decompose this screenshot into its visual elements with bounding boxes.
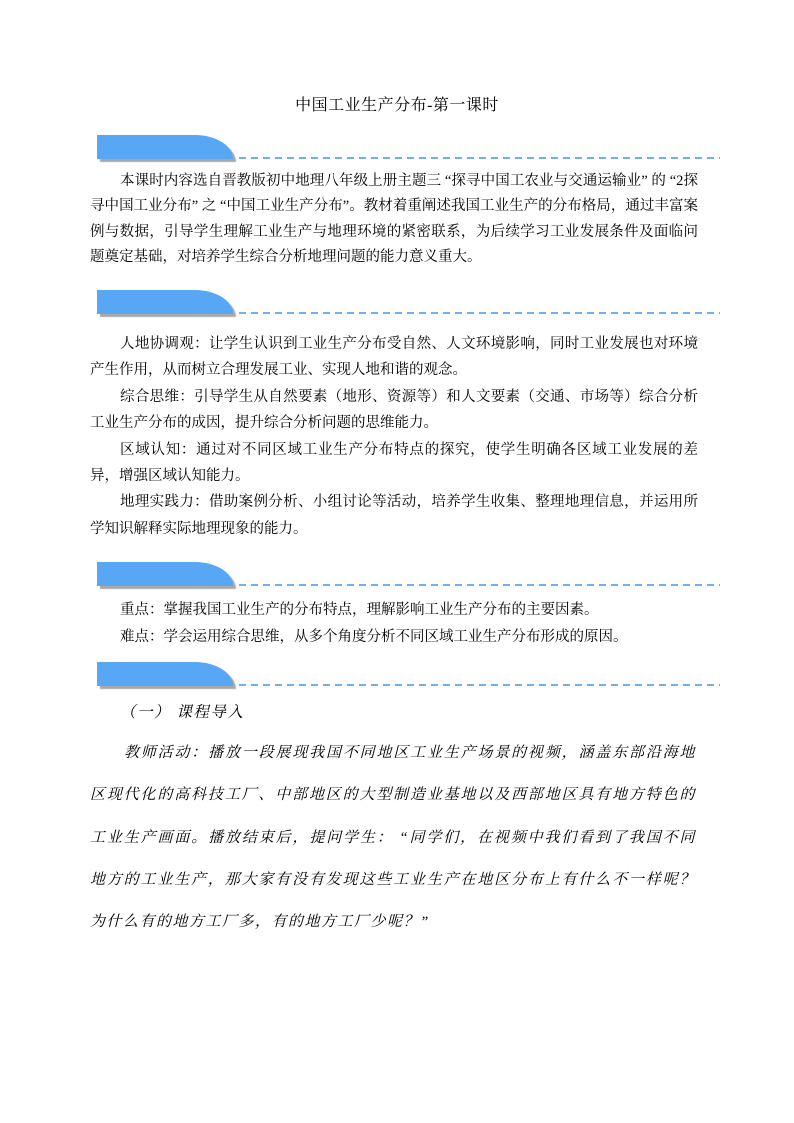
- document-page: 中国工业生产分布-第一课时 本课时内容选自晋教版初中地理八年级上册主题三 “探寻…: [0, 0, 794, 1123]
- paragraph: 重点：掌握我国工业生产的分布特点，理解影响工业生产分布的主要因素。: [90, 597, 698, 624]
- section-banner-teaching-process: [97, 662, 720, 686]
- blue-ribbon-icon: [97, 562, 233, 586]
- key-difficult-points-text: 重点：掌握我国工业生产的分布特点，理解影响工业生产分布的主要因素。 难点：学会运…: [90, 597, 698, 651]
- document-title: 中国工业生产分布-第一课时: [0, 96, 794, 116]
- dashed-divider: [239, 684, 720, 686]
- section-banner-key-points: [97, 562, 720, 586]
- paragraph: 综合思维：引导学生从自然要素（地形、资源等）和人文要素（交通、市场等）综合分析工…: [90, 384, 698, 437]
- lesson-intro-heading: （一） 课程导入: [90, 703, 698, 723]
- textbook-analysis-text: 本课时内容选自晋教版初中地理八年级上册主题三 “探寻中国工农业与交通运输业” 的…: [90, 169, 698, 270]
- paragraph: 难点：学会运用综合思维，从多个角度分析不同区域工业生产分布形成的原因。: [90, 624, 698, 651]
- section-banner-textbook-analysis: [97, 135, 720, 159]
- dashed-divider: [239, 584, 720, 586]
- paragraph: 地理实践力：借助案例分析、小组讨论等活动，培养学生收集、整理地理信息，并运用所学…: [90, 489, 698, 542]
- paragraph: 区域认知：通过对不同区域工业生产分布特点的探究，使学生明确各区域工业发展的差异，…: [90, 437, 698, 490]
- section-banner-core-literacy: [97, 290, 720, 314]
- dashed-divider: [239, 157, 720, 159]
- blue-ribbon-icon: [97, 662, 233, 686]
- dashed-divider: [239, 312, 720, 314]
- blue-ribbon-icon: [97, 290, 233, 314]
- paragraph: 人地协调观：让学生认识到工业生产分布受自然、人文环境影响，同时工业发展也对环境产…: [90, 331, 698, 384]
- paragraph: 本课时内容选自晋教版初中地理八年级上册主题三 “探寻中国工农业与交通运输业” 的…: [90, 169, 698, 270]
- core-literacy-text: 人地协调观：让学生认识到工业生产分布受自然、人文环境影响，同时工业发展也对环境产…: [90, 331, 698, 542]
- paragraph: 教师活动：播放一段展现我国不同地区工业生产场景的视频，涵盖东部沿海地区现代化的高…: [90, 732, 696, 943]
- blue-ribbon-icon: [97, 135, 233, 159]
- teacher-activity-text: 教师活动：播放一段展现我国不同地区工业生产场景的视频，涵盖东部沿海地区现代化的高…: [90, 732, 696, 943]
